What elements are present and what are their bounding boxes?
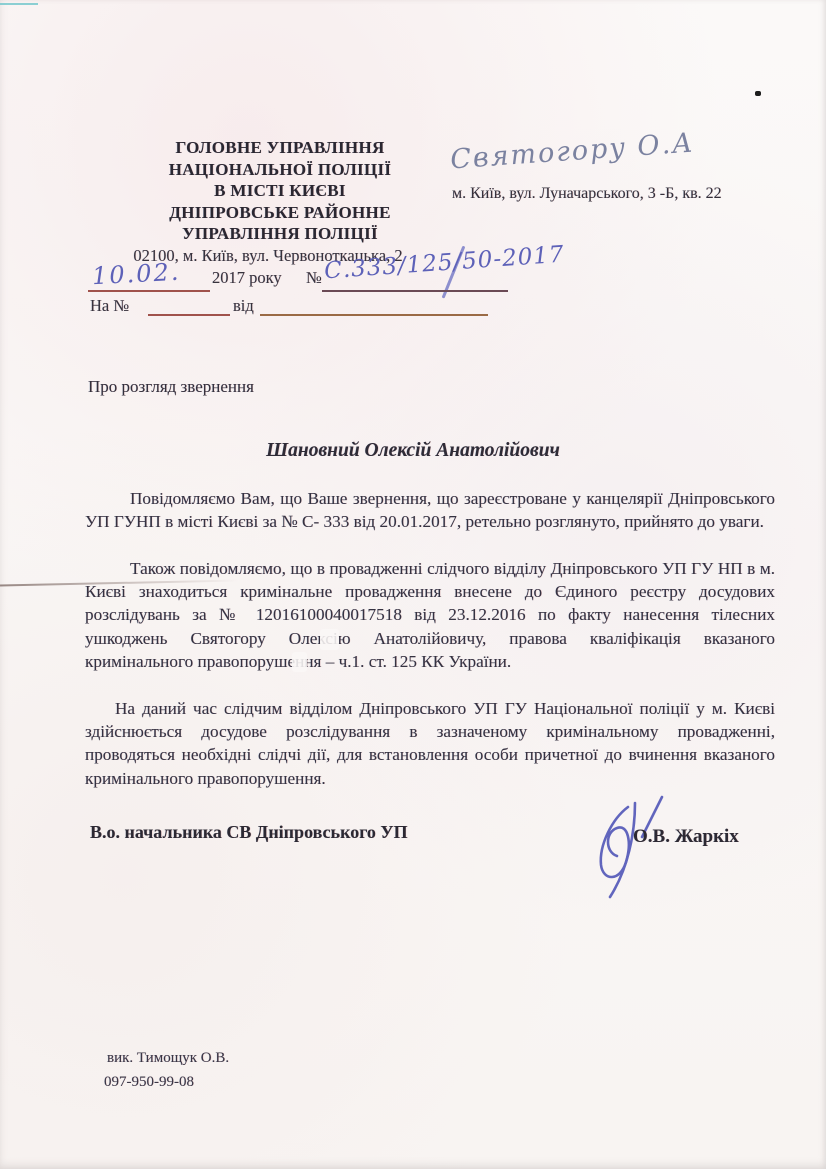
org-line: ГОЛОВНЕ УПРАВЛІННЯ [110, 137, 450, 159]
reply-date-underline [260, 314, 488, 316]
reply-number-underline [148, 314, 230, 316]
executor-name: вик. Тимощук О.В. [107, 1050, 229, 1067]
recipient-address: м. Київ, вул. Луначарського, 3 -Б, кв. 2… [452, 185, 772, 203]
printed-year: 2017 року [212, 268, 282, 288]
signer-name: О.В. Жаркіх [633, 826, 739, 848]
org-line: НАЦІОНАЛЬНОЇ ПОЛІЦІЇ [110, 159, 450, 181]
date-underline [88, 290, 210, 292]
reply-to-label: На № [90, 296, 129, 316]
letterhead-org-name: ГОЛОВНЕ УПРАВЛІННЯ НАЦІОНАЛЬНОЇ ПОЛІЦІЇ … [110, 137, 450, 245]
handwritten-signature [590, 793, 675, 903]
body-paragraph-1: Повідомляємо Вам, що Ваше звернення, що … [85, 487, 775, 533]
org-line: ДНІПРОВСЬКЕ РАЙОННЕ [110, 202, 450, 224]
number-underline [322, 290, 508, 292]
salutation: Шановний Олексій Анатолійович [0, 440, 826, 462]
scanned-letter-page: ГОЛОВНЕ УПРАВЛІННЯ НАЦІОНАЛЬНОЇ ПОЛІЦІЇ … [0, 0, 826, 1169]
scan-edge-line [0, 3, 38, 5]
body-paragraph-3: На даний час слідчим відділом Дніпровськ… [85, 697, 775, 790]
number-sign: № [306, 268, 322, 288]
executor-phone: 097-950-99-08 [104, 1074, 194, 1091]
org-line: УПРАВЛІННЯ ПОЛІЦІЇ [110, 223, 450, 245]
body-paragraph-2: Також повідомляємо, що в провадженні слі… [85, 557, 775, 673]
subject-line: Про розгляд звернення [88, 377, 254, 397]
org-line: В МІСТІ КИЄВІ [110, 180, 450, 202]
reply-date-label: від [233, 296, 254, 316]
signer-position-title: В.о. начальника СВ Дніпровського УП [90, 822, 408, 843]
handwritten-recipient-name: Святогору О.А [449, 124, 750, 176]
handwritten-date: 10.02. [91, 258, 181, 291]
scan-speck [755, 91, 761, 96]
